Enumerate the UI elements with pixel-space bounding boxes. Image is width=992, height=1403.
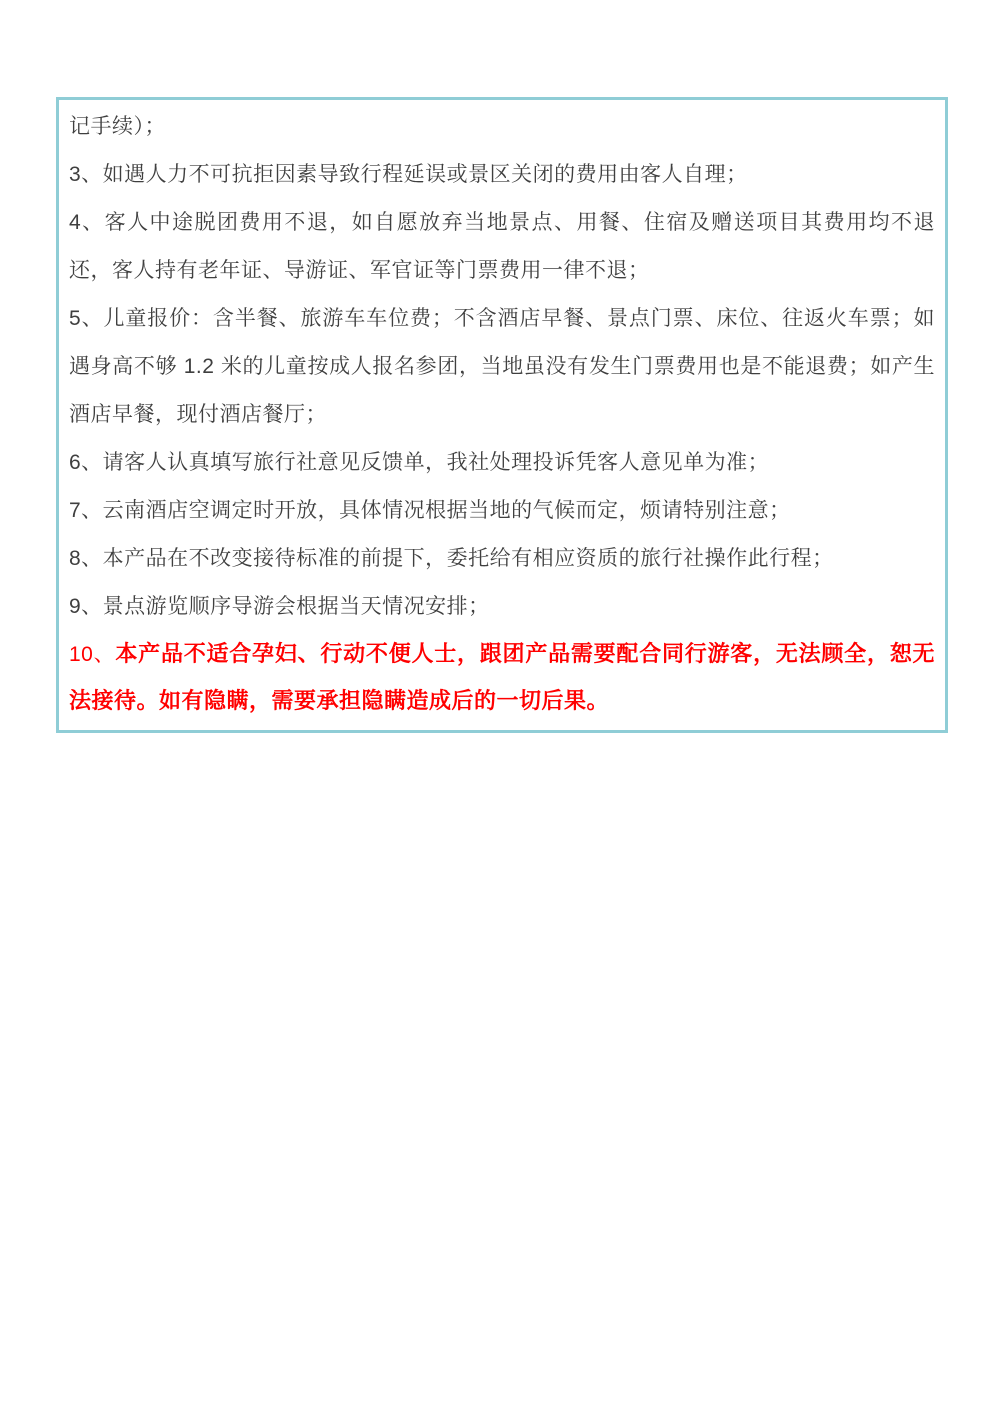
notice-paragraph-6: 6、请客人认真填写旅行社意见反馈单，我社处理投诉凭客人意见单为准； [69,439,935,487]
warning-text: 本产品不适合孕妇、行动不便人士，跟团产品需要配合同行游客，无法顾全，恕无法接待。… [69,641,935,713]
travel-notice-box: 记手续）； 3、如遇人力不可抗拒因素导致行程延误或景区关闭的费用由客人自理； 4… [56,97,948,733]
document-page: 记手续）； 3、如遇人力不可抗拒因素导致行程延误或景区关闭的费用由客人自理； 4… [0,0,992,1403]
notice-paragraph-8: 8、本产品在不改变接待标准的前提下，委托给有相应资质的旅行社操作此行程； [69,535,935,583]
notice-paragraph-10-warning: 10、本产品不适合孕妇、行动不便人士，跟团产品需要配合同行游客，无法顾全，恕无法… [69,631,935,725]
notice-paragraph-3: 3、如遇人力不可抗拒因素导致行程延误或景区关闭的费用由客人自理； [69,151,935,199]
warning-number: 10、 [69,643,115,666]
notice-paragraph-7: 7、云南酒店空调定时开放，具体情况根据当地的气候而定，烦请特别注意； [69,487,935,535]
notice-paragraph-9: 9、景点游览顺序导游会根据当天情况安排； [69,583,935,631]
notice-paragraph-4: 4、客人中途脱团费用不退，如自愿放弃当地景点、用餐、住宿及赠送项目其费用均不退还… [69,199,935,295]
notice-paragraph-continuation: 记手续）； [69,103,935,151]
notice-paragraph-5: 5、儿童报价：含半餐、旅游车车位费；不含酒店早餐、景点门票、床位、往返火车票；如… [69,295,935,439]
